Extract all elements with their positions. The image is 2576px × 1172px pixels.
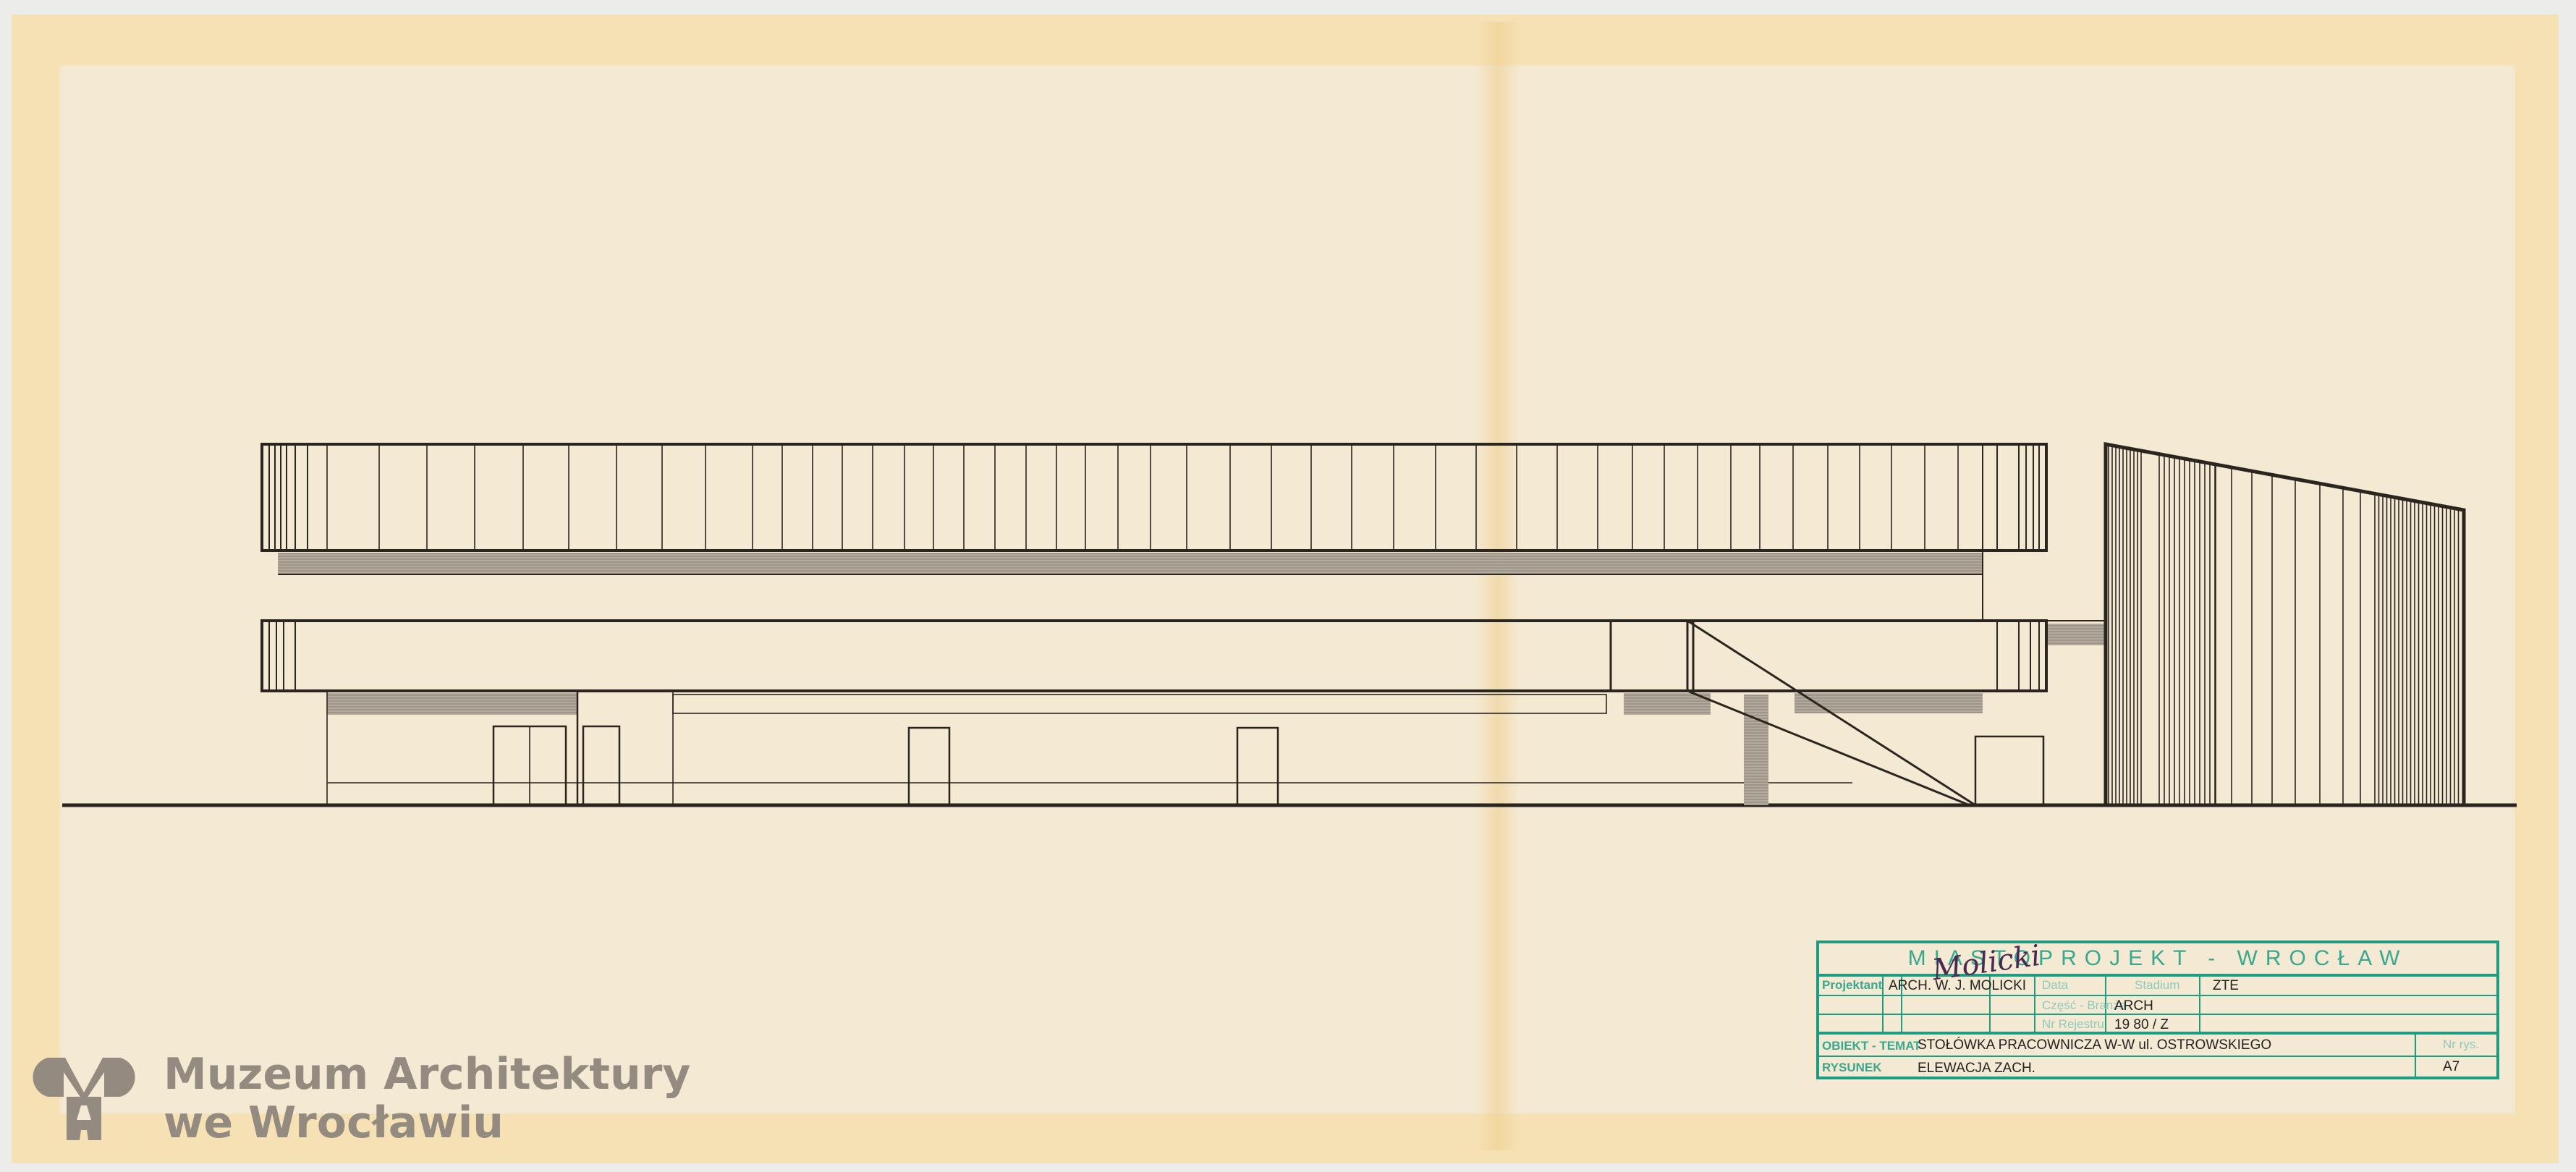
upper-band	[262, 444, 2046, 551]
museum-name-line2: we Wrocławiu	[164, 1101, 504, 1145]
value-rysunek: ELEWACJA ZACH.	[1918, 1061, 2035, 1077]
office-stamp: MIASTOPROJEKT - WROCŁAW	[1816, 946, 2499, 971]
label-rysunek: RYSUNEK	[1822, 1061, 1882, 1075]
value-czesc-branza: ARCH	[2114, 998, 2153, 1014]
middle-band	[262, 621, 2106, 691]
door-single	[909, 728, 949, 805]
title-block: MIASTOPROJEKT - WROCŁAW Molicki Projekta…	[1816, 940, 2499, 1079]
label-nr-rejestru: Nr Rejestru	[2042, 1017, 2104, 1032]
value-stadium: ZTE	[2213, 978, 2239, 994]
label-obiekt-temat: OBIEKT - TEMAT	[1822, 1039, 1921, 1053]
door-single	[1237, 728, 1278, 805]
mwa-logo-icon	[26, 1050, 142, 1145]
upper-window-strip	[278, 551, 1983, 621]
label-czesc-branza: Część - Branża	[2042, 998, 2126, 1013]
label-data: Data	[2042, 978, 2068, 993]
ground-floor	[327, 691, 1983, 805]
value-nr-rejestru: 19 80 / Z	[2114, 1017, 2169, 1033]
museum-name-line1: Muzeum Architektury	[164, 1053, 690, 1096]
door-single	[583, 726, 619, 805]
label-stadium: Stadium	[2135, 978, 2179, 993]
value-nr-rys: A7	[2443, 1059, 2460, 1075]
label-projektant: Projektant	[1822, 978, 1882, 993]
right-tower	[2106, 444, 2464, 805]
value-obiekt-temat: STOŁÓWKA PRACOWNICZA W-W ul. OSTROWSKIEG…	[1918, 1037, 2271, 1053]
label-nr-rys: Nr rys.	[2443, 1037, 2479, 1052]
value-projektant: ARCH. W. J. MOLICKI	[1889, 978, 2026, 994]
